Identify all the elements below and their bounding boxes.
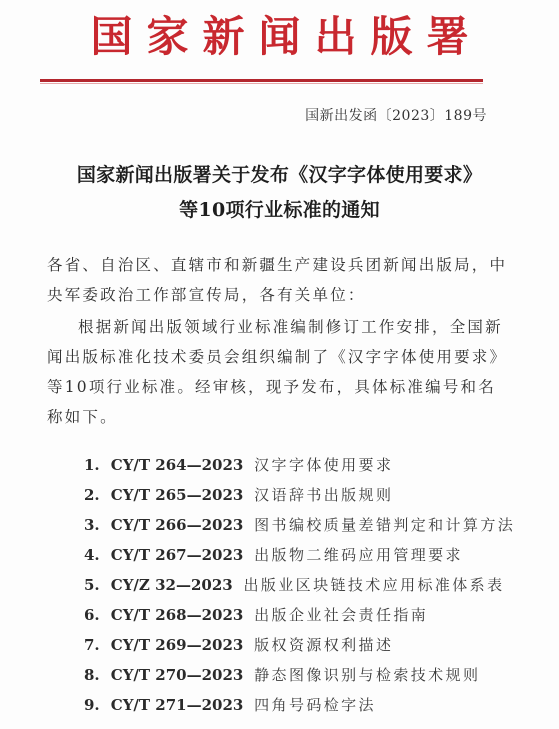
standards-list: 1. CY/T 264—2023 汉字字体使用要求 2. CY/T 265—20…: [84, 450, 515, 720]
standard-code: CY/Z 32—2023: [111, 576, 233, 594]
list-item: 2. CY/T 265—2023 汉语辞书出版规则: [84, 480, 515, 510]
agency-masthead: 国家新闻出版署: [0, 8, 559, 66]
item-number: 7.: [84, 630, 106, 660]
item-number: 9.: [84, 690, 106, 720]
item-number: 4.: [84, 540, 106, 570]
standard-code: CY/T 269—2023: [111, 636, 244, 654]
list-item: 5. CY/Z 32—2023 出版业区块链技术应用标准体系表: [84, 570, 515, 600]
item-number: 6.: [84, 600, 106, 630]
item-number: 5.: [84, 570, 106, 600]
standard-code: CY/T 267—2023: [111, 546, 244, 564]
addressee-paragraph: 各省、自治区、直辖市和新疆生产建设兵团新闻出版局，中央军委政治工作部宣传局，各有…: [47, 250, 512, 310]
item-number: 1.: [84, 450, 106, 480]
standard-name: 出版物二维码应用管理要求: [254, 546, 463, 564]
list-item: 6. CY/T 268—2023 出版企业社会责任指南: [84, 600, 515, 630]
list-item: 9. CY/T 271—2023 四角号码检字法: [84, 690, 515, 720]
item-number: 3.: [84, 510, 106, 540]
standard-code: CY/T 265—2023: [111, 486, 244, 504]
document-number: 国新出发函〔2023〕189号: [305, 105, 487, 125]
standard-code: CY/T 268—2023: [111, 606, 244, 624]
standard-code: CY/T 270—2023: [111, 666, 244, 684]
standard-name: 静态图像识别与检索技术规则: [254, 666, 480, 684]
list-item: 7. CY/T 269—2023 版权资源权利描述: [84, 630, 515, 660]
standard-name: 出版企业社会责任指南: [254, 606, 428, 624]
notice-title-line-2: 等10项行业标准的通知: [0, 195, 559, 222]
notice-title-line-1: 国家新闻出版署关于发布《汉字字体使用要求》: [0, 160, 559, 187]
item-number: 2.: [84, 480, 106, 510]
standard-name: 版权资源权利描述: [254, 636, 393, 654]
standard-name: 出版业区块链技术应用标准体系表: [243, 576, 504, 594]
standard-code: CY/T 264—2023: [111, 456, 244, 474]
masthead-red-rule: [40, 79, 483, 82]
list-item: 3. CY/T 266—2023 图书编校质量差错判定和计算方法: [84, 510, 515, 540]
list-item: 1. CY/T 264—2023 汉字字体使用要求: [84, 450, 515, 480]
item-number: 8.: [84, 660, 106, 690]
list-item: 4. CY/T 267—2023 出版物二维码应用管理要求: [84, 540, 515, 570]
body-paragraph: 根据新闻出版领域行业标准编制修订工作安排，全国新闻出版标准化技术委员会组织编制了…: [47, 312, 512, 432]
standard-code: CY/T 266—2023: [111, 516, 244, 534]
standard-name: 汉字字体使用要求: [254, 456, 393, 474]
standard-name: 图书编校质量差错判定和计算方法: [254, 516, 515, 534]
standard-name: 四角号码检字法: [254, 696, 376, 714]
list-item: 8. CY/T 270—2023 静态图像识别与检索技术规则: [84, 660, 515, 690]
document-page: 国家新闻出版署 国新出发函〔2023〕189号 国家新闻出版署关于发布《汉字字体…: [0, 0, 559, 729]
standard-code: CY/T 271—2023: [111, 696, 244, 714]
masthead-red-rule-thin: [40, 83, 483, 84]
standard-name: 汉语辞书出版规则: [254, 486, 393, 504]
